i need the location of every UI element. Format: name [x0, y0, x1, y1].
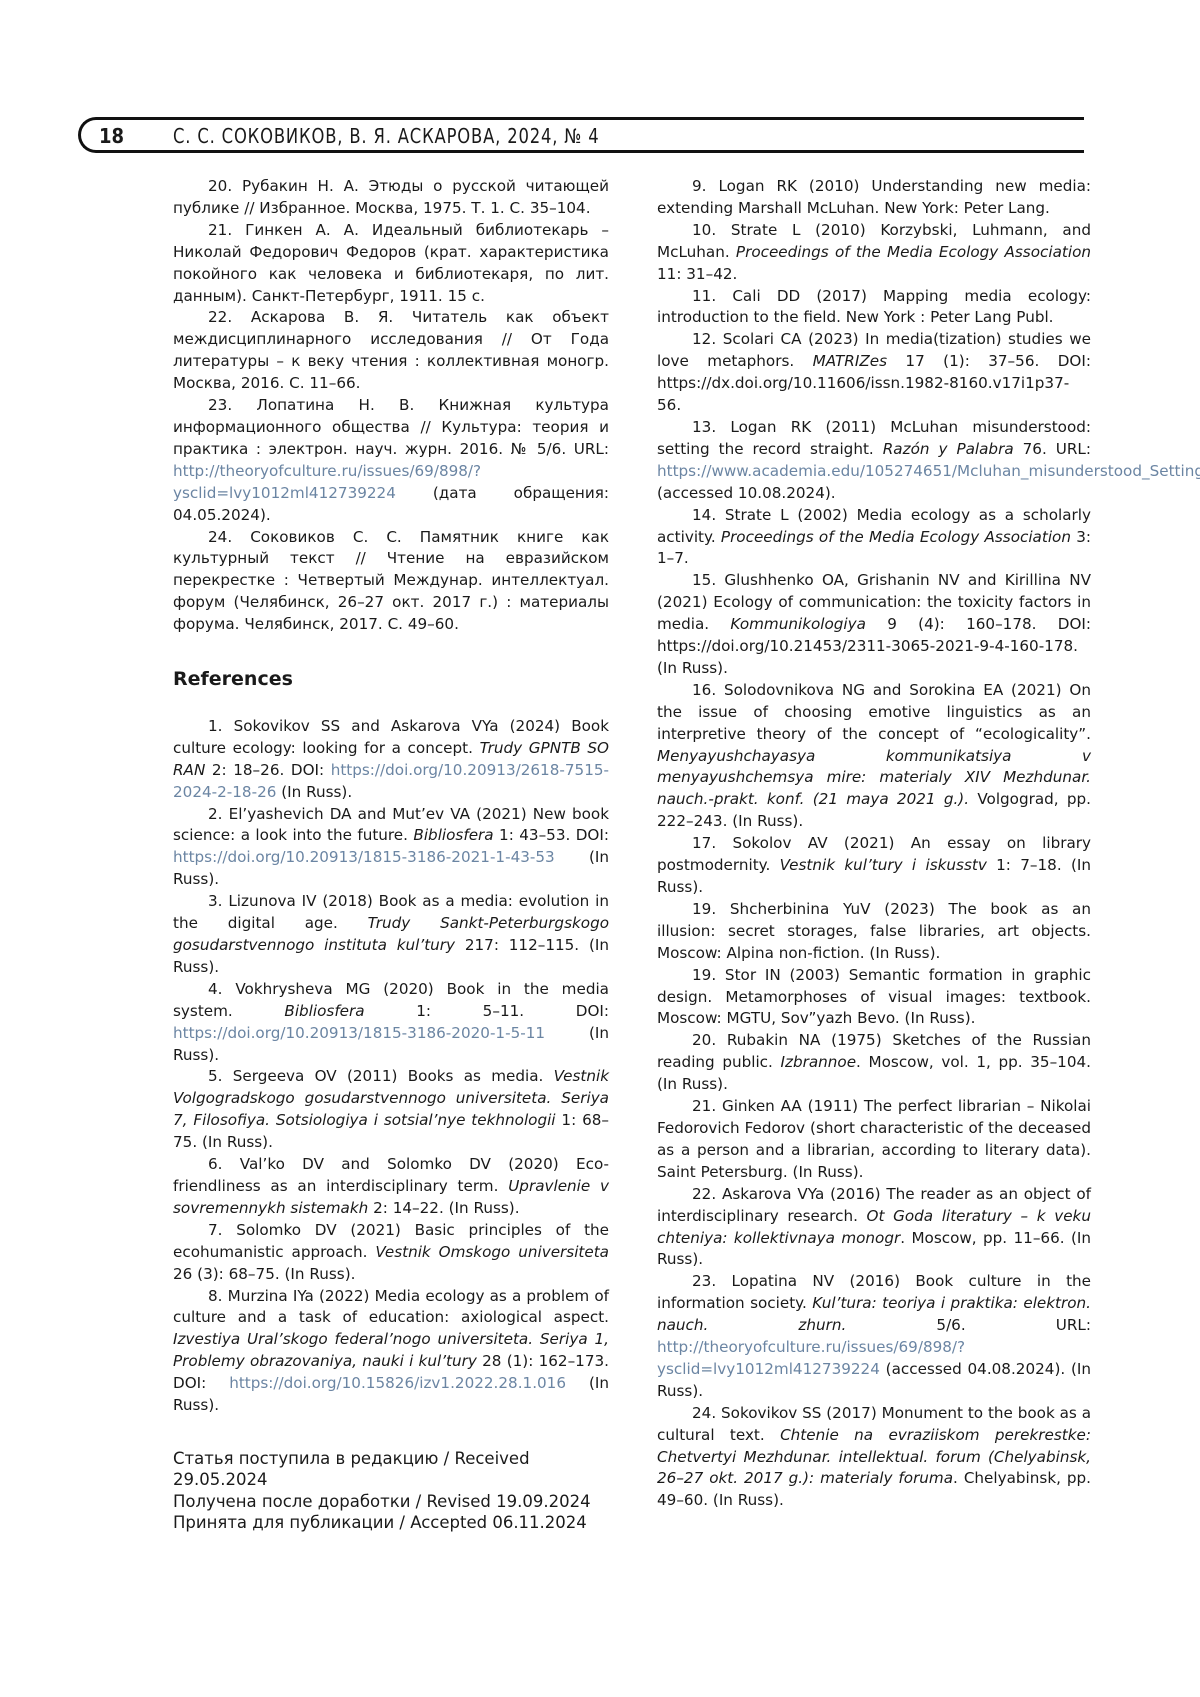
references-heading: References [173, 669, 609, 691]
reference-entry: 6. Val’ko DV and Solomko DV (2020) Eco-f… [173, 1154, 609, 1220]
reference-entry: 12. Scolari CA (2023) In media(tization)… [657, 329, 1091, 417]
reference-entry: 14. Strate L (2002) Media ecology as a s… [657, 505, 1091, 571]
reference-entry: 2. El’yashevich DA and Mut’ev VA (2021) … [173, 804, 609, 892]
reference-entry: 16. Solodovnikova NG and Sorokina EA (20… [657, 680, 1091, 833]
journal-title: Bibliosfera [284, 1002, 364, 1020]
journal-title: Ot Goda literatury – k veku chteniya: ko… [657, 1207, 1091, 1247]
reference-entry: 23. Лопатина Н. В. Книжная культура инфо… [173, 395, 609, 526]
reference-link[interactable]: https://doi.org/10.20913/2618-7515-2024-… [173, 761, 609, 801]
journal-title: MATRIZes [813, 352, 887, 370]
reference-entry: 13. Logan RK (2011) McLuhan misunderstoo… [657, 417, 1091, 505]
reference-link[interactable]: http://theoryofculture.ru/issues/69/898/… [173, 462, 481, 502]
reference-entry: 22. Askarova VYa (2016) The reader as an… [657, 1184, 1091, 1272]
journal-title: Upravlenie v sovremennykh sistemakh [173, 1177, 609, 1217]
journal-title: Proceedings of the Media Ecology Associa… [736, 243, 1091, 261]
journal-title: Bibliosfera [413, 826, 493, 844]
running-title: С. С. СОКОВИКОВ, В. Я. АСКАРОВА, 2024, №… [173, 124, 599, 148]
journal-title: Kul’tura: teoriya i praktika: elektron. … [657, 1294, 1091, 1334]
reference-entry: 9. Logan RK (2010) Understanding new med… [657, 176, 1091, 220]
reference-link[interactable]: https://doi.org/10.20913/1815-3186-2020-… [173, 1024, 545, 1042]
reference-entry: 19. Stor IN (2003) Semantic formation in… [657, 965, 1091, 1031]
reference-entry: 20. Рубакин Н. А. Этюды о русской читающ… [173, 176, 609, 220]
reference-entry: 21. Гинкен А. А. Идеальный библиотекарь … [173, 220, 609, 308]
reference-link[interactable]: https://doi.org/10.20913/1815-3186-2021-… [173, 848, 555, 866]
journal-title: Vestnik kul’tury i iskusstv [780, 856, 987, 874]
reference-entry: 17. Sokolov AV (2021) An essay on librar… [657, 833, 1091, 899]
page-number: 18 [99, 124, 124, 148]
reference-entry: 23. Lopatina NV (2016) Book culture in t… [657, 1271, 1091, 1402]
reference-entry: 22. Аскарова В. Я. Читатель как объект м… [173, 307, 609, 395]
left-column: 20. Рубакин Н. А. Этюды о русской читающ… [173, 176, 609, 1534]
journal-title: Proceedings of the Media Ecology Associa… [721, 528, 1071, 546]
english-reference-list: 1. Sokovikov SS and Askarova VYa (2024) … [173, 716, 609, 1417]
reference-link[interactable]: http://theoryofculture.ru/issues/69/898/… [657, 1338, 965, 1378]
journal-title: Vestnik Volgogradskogo gosudarstvennogo … [173, 1067, 609, 1129]
reference-entry: 19. Shcherbinina YuV (2023) The book as … [657, 899, 1091, 965]
reference-entry: 5. Sergeeva OV (2011) Books as media. Ve… [173, 1066, 609, 1154]
right-column: 9. Logan RK (2010) Understanding new med… [657, 176, 1091, 1512]
reference-entry: 24. Sokovikov SS (2017) Monument to the … [657, 1403, 1091, 1513]
running-header: 18 С. С. СОКОВИКОВ, В. Я. АСКАРОВА, 2024… [78, 117, 1084, 153]
reference-entry: 10. Strate L (2010) Korzybski, Luhmann, … [657, 220, 1091, 286]
journal-title: Vestnik Omskogo universiteta [375, 1243, 609, 1261]
accepted-date: Принята для публикации / Accepted 06.11.… [173, 1512, 609, 1534]
reference-entry: 24. Соковиков С. С. Памятник книге как к… [173, 527, 609, 637]
reference-entry: 20. Rubakin NA (1975) Sketches of the Ru… [657, 1030, 1091, 1096]
reference-entry: 1. Sokovikov SS and Askarova VYa (2024) … [173, 716, 609, 804]
journal-title: Menyayushchayasya kommunikatsiya v menya… [657, 747, 1091, 809]
received-date: Статья поступила в редакцию / Received 2… [173, 1448, 609, 1491]
reference-link[interactable]: https://doi.org/10.15826/izv1.2022.28.1.… [229, 1374, 566, 1392]
english-reference-list-continued: 9. Logan RK (2010) Understanding new med… [657, 176, 1091, 1512]
reference-link[interactable]: https://www.academia.edu/105274651/Mcluh… [657, 462, 1200, 480]
reference-entry: 7. Solomko DV (2021) Basic principles of… [173, 1220, 609, 1286]
article-dates: Статья поступила в редакцию / Received 2… [173, 1448, 609, 1534]
reference-entry: 11. Cali DD (2017) Mapping media ecology… [657, 286, 1091, 330]
journal-title: Chtenie na evraziiskom perekrestke: Chet… [657, 1426, 1091, 1488]
reference-entry: 15. Glushhenko OA, Grishanin NV and Kiri… [657, 570, 1091, 680]
journal-title: Kommunikologiya [730, 615, 866, 633]
reference-entry: 21. Ginken AA (1911) The perfect librari… [657, 1096, 1091, 1184]
journal-title: Izvestiya Ural’skogo federal’nogo univer… [173, 1330, 609, 1370]
revised-date: Получена после доработки / Revised 19.09… [173, 1491, 609, 1513]
journal-title: Razón y Palabra [883, 440, 1014, 458]
journal-title: Trudy Sankt-Peterburgskogo gosudarstvenn… [173, 914, 609, 954]
journal-title: Izbrannoe [781, 1053, 857, 1071]
russian-reference-list: 20. Рубакин Н. А. Этюды о русской читающ… [173, 176, 609, 636]
reference-entry: 4. Vokhrysheva MG (2020) Book in the med… [173, 979, 609, 1067]
reference-entry: 3. Lizunova IV (2018) Book as a media: e… [173, 891, 609, 979]
reference-entry: 8. Murzina IYa (2022) Media ecology as a… [173, 1286, 609, 1417]
